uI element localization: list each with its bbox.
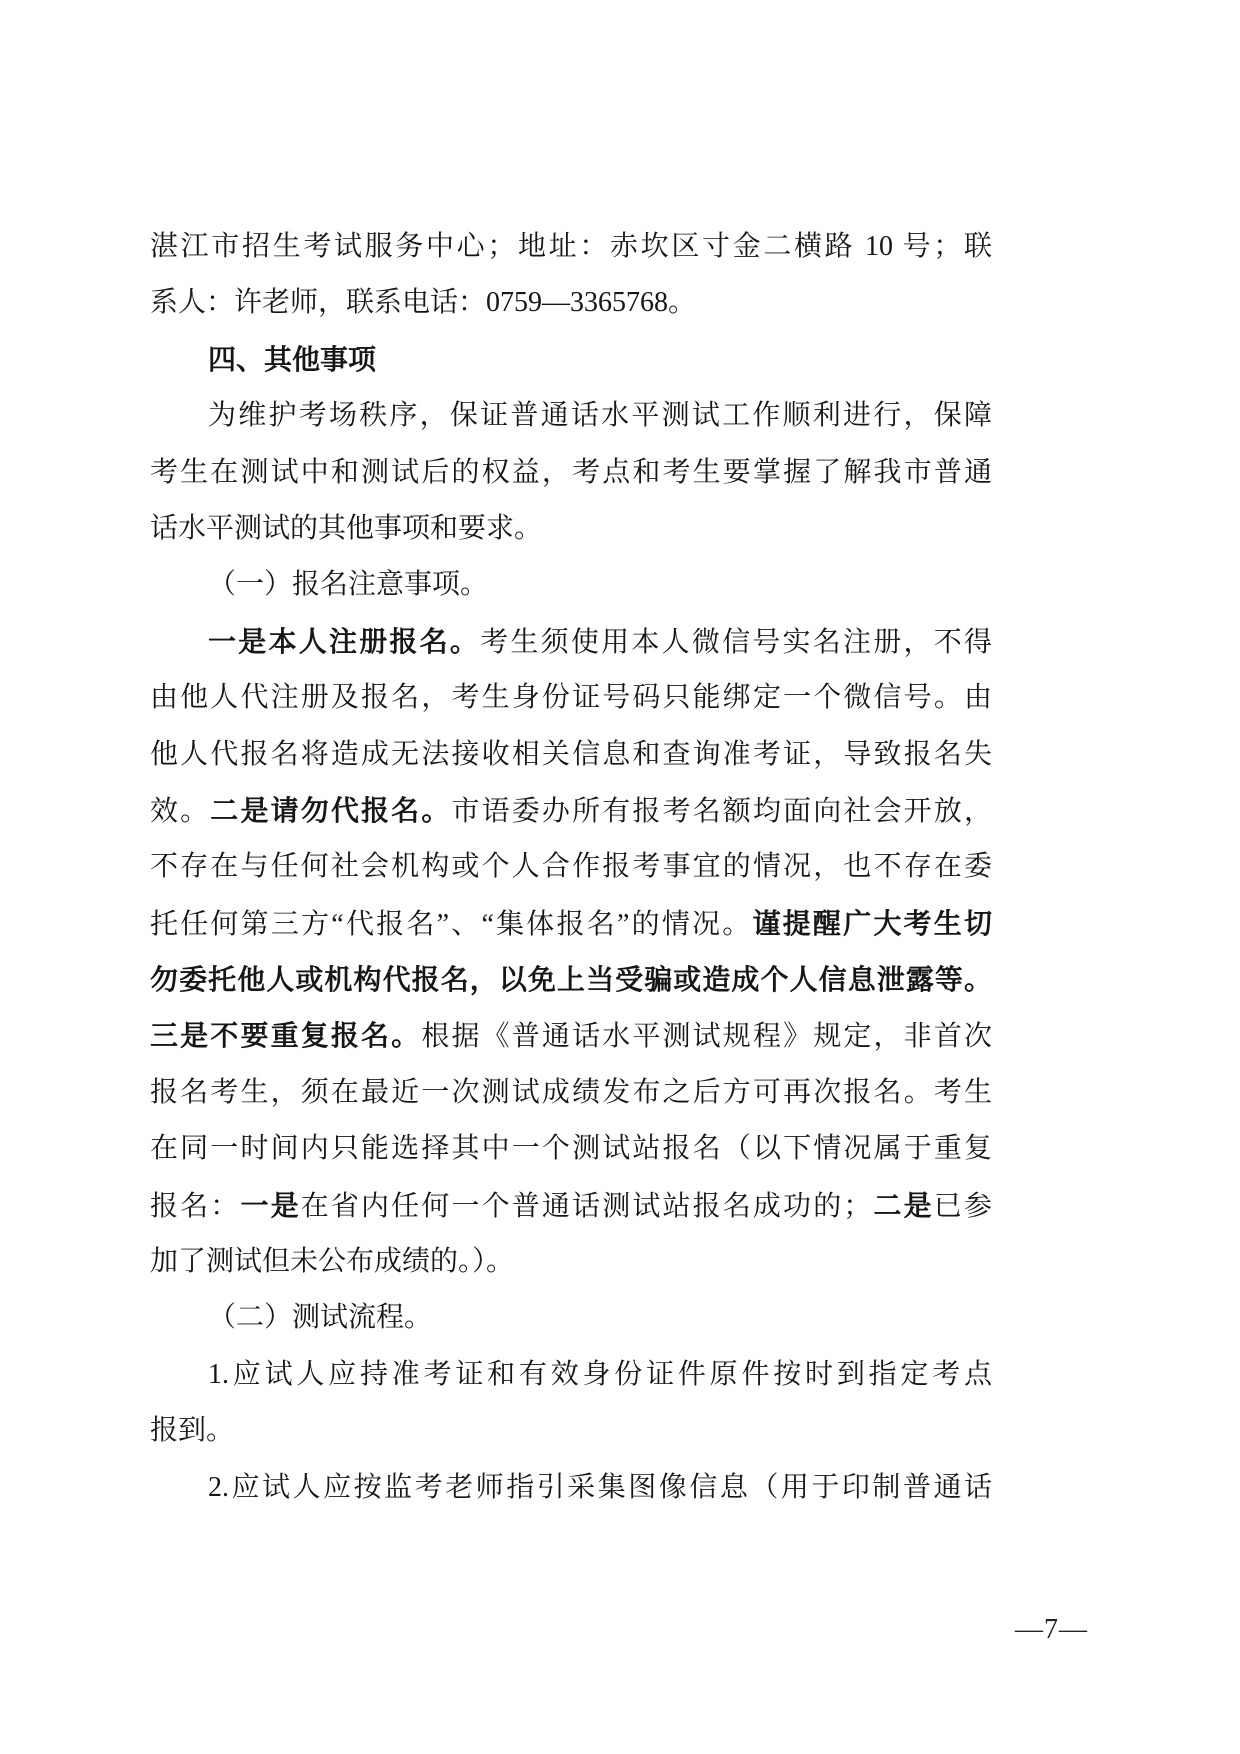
- text-segment: 不存在与任何社会机构或个人合作报考事宜的情况，也不存在委: [150, 851, 992, 882]
- text-segment: 2.应试人应按监考老师指引采集图像信息（用于印制普通话: [208, 1472, 992, 1503]
- document-line: 三是不要重复报名。根据《普通话水平测试规程》规定，非首次: [150, 1008, 992, 1064]
- document-line: 由他人代注册及报名，考生身份证号码只能绑定一个微信号。由: [150, 670, 992, 726]
- document-body: 湛江市招生考试服务中心；地址：赤坎区寸金二横路 10 号；联系人：许老师，联系电…: [150, 219, 992, 1516]
- document-line: 报名考生，须在最近一次测试成绩发布之后方可再次报名。考生: [150, 1065, 992, 1121]
- document-line: 湛江市招生考试服务中心；地址：赤坎区寸金二横路 10 号；联: [150, 219, 992, 275]
- document-line: 效。二是请勿代报名。市语委办所有报考名额均面向社会开放，: [150, 783, 992, 839]
- text-segment: 1.应试人应持准考证和有效身份证件原件按时到指定考点: [208, 1359, 992, 1390]
- text-segment: 系人：许老师，联系电话：0759—3365768。: [150, 287, 696, 318]
- text-segment: 在省内任何一个普通话测试站报名成功的；: [301, 1191, 872, 1222]
- document-line: 在同一时间内只能选择其中一个测试站报名（以下情况属于重复: [150, 1121, 992, 1177]
- document-line: 系人：许老师，联系电话：0759—3365768。: [150, 275, 992, 331]
- text-segment: （一）报名注意事项。: [208, 569, 488, 600]
- document-line: （二）测试流程。: [150, 1290, 992, 1346]
- document-line: 不存在与任何社会机构或个人合作报考事宜的情况，也不存在委: [150, 839, 992, 895]
- text-segment: 考生须使用本人微信号实名注册，不得: [480, 627, 992, 658]
- document-line: 加了测试但未公布成绩的。）。: [150, 1234, 992, 1290]
- text-segment: 托任何第三方“代报名”、“集体报名”的情况。: [150, 909, 752, 940]
- document-line: 为维护考场秩序，保证普通话水平测试工作顺利进行，保障: [150, 388, 992, 444]
- bold-text-segment: 三是不要重复报名。: [150, 1020, 421, 1051]
- text-segment: 报到。: [150, 1415, 234, 1446]
- text-segment: 报名考生，须在最近一次测试成绩发布之后方可再次报名。考生: [150, 1077, 992, 1108]
- text-segment: 在同一时间内只能选择其中一个测试站报名（以下情况属于重复: [150, 1133, 992, 1164]
- bold-text-segment: 二是: [871, 1190, 933, 1221]
- document-page: 湛江市招生考试服务中心；地址：赤坎区寸金二横路 10 号；联系人：许老师，联系电…: [0, 0, 1240, 1754]
- text-segment: 已参: [934, 1191, 992, 1222]
- text-segment: 由他人代注册及报名，考生身份证号码只能绑定一个微信号。由: [150, 682, 992, 713]
- bold-text-segment: 一是本人注册报名。: [208, 626, 480, 657]
- bold-text-segment: 谨提醒广大考生切: [752, 908, 992, 939]
- text-segment: （二）测试流程。: [208, 1302, 432, 1333]
- document-line: 一是本人注册报名。考生须使用本人微信号实名注册，不得: [150, 614, 992, 670]
- document-line: 报到。: [150, 1403, 992, 1459]
- text-segment: 湛江市招生考试服务中心；地址：赤坎区寸金二横路 10 号；联: [150, 231, 992, 262]
- bold-text-segment: 四、其他事项: [208, 344, 376, 375]
- bold-text-segment: 二是请勿代报名。: [210, 795, 451, 826]
- document-line: 报名：一是在省内任何一个普通话测试站报名成功的；二是已参: [150, 1178, 992, 1234]
- document-line: 2.应试人应按监考老师指引采集图像信息（用于印制普通话: [150, 1460, 992, 1516]
- text-segment: 效。: [150, 796, 210, 827]
- text-segment: 为维护考场秩序，保证普通话水平测试工作顺利进行，保障: [208, 400, 992, 431]
- bold-text-segment: 勿委托他人或机构代报名，以免上当受骗或造成个人信息泄露等。: [150, 964, 992, 995]
- document-line: 话水平测试的其他事项和要求。: [150, 501, 992, 557]
- text-segment: 报名：: [150, 1191, 240, 1222]
- document-line: 托任何第三方“代报名”、“集体报名”的情况。谨提醒广大考生切: [150, 896, 992, 952]
- text-segment: 加了测试但未公布成绩的。）。: [150, 1246, 514, 1277]
- text-segment: 市语委办所有报考名额均面向社会开放，: [451, 796, 992, 827]
- document-line: 考生在测试中和测试后的权益，考点和考生要掌握了解我市普通: [150, 445, 992, 501]
- text-segment: 根据《普通话水平测试规程》规定，非首次: [421, 1021, 992, 1052]
- document-line: 勿委托他人或机构代报名，以免上当受骗或造成个人信息泄露等。: [150, 952, 992, 1008]
- text-segment: 考生在测试中和测试后的权益，考点和考生要掌握了解我市普通: [150, 457, 992, 488]
- document-line: 1.应试人应持准考证和有效身份证件原件按时到指定考点: [150, 1347, 992, 1403]
- text-segment: 话水平测试的其他事项和要求。: [150, 513, 542, 544]
- document-line: 他人代报名将造成无法接收相关信息和查询准考证，导致报名失: [150, 727, 992, 783]
- bold-text-segment: 一是: [240, 1190, 300, 1221]
- document-line: 四、其他事项: [150, 332, 992, 388]
- text-segment: 他人代报名将造成无法接收相关信息和查询准考证，导致报名失: [150, 739, 992, 770]
- document-line: （一）报名注意事项。: [150, 557, 992, 613]
- page-number: —7—: [1015, 1610, 1088, 1650]
